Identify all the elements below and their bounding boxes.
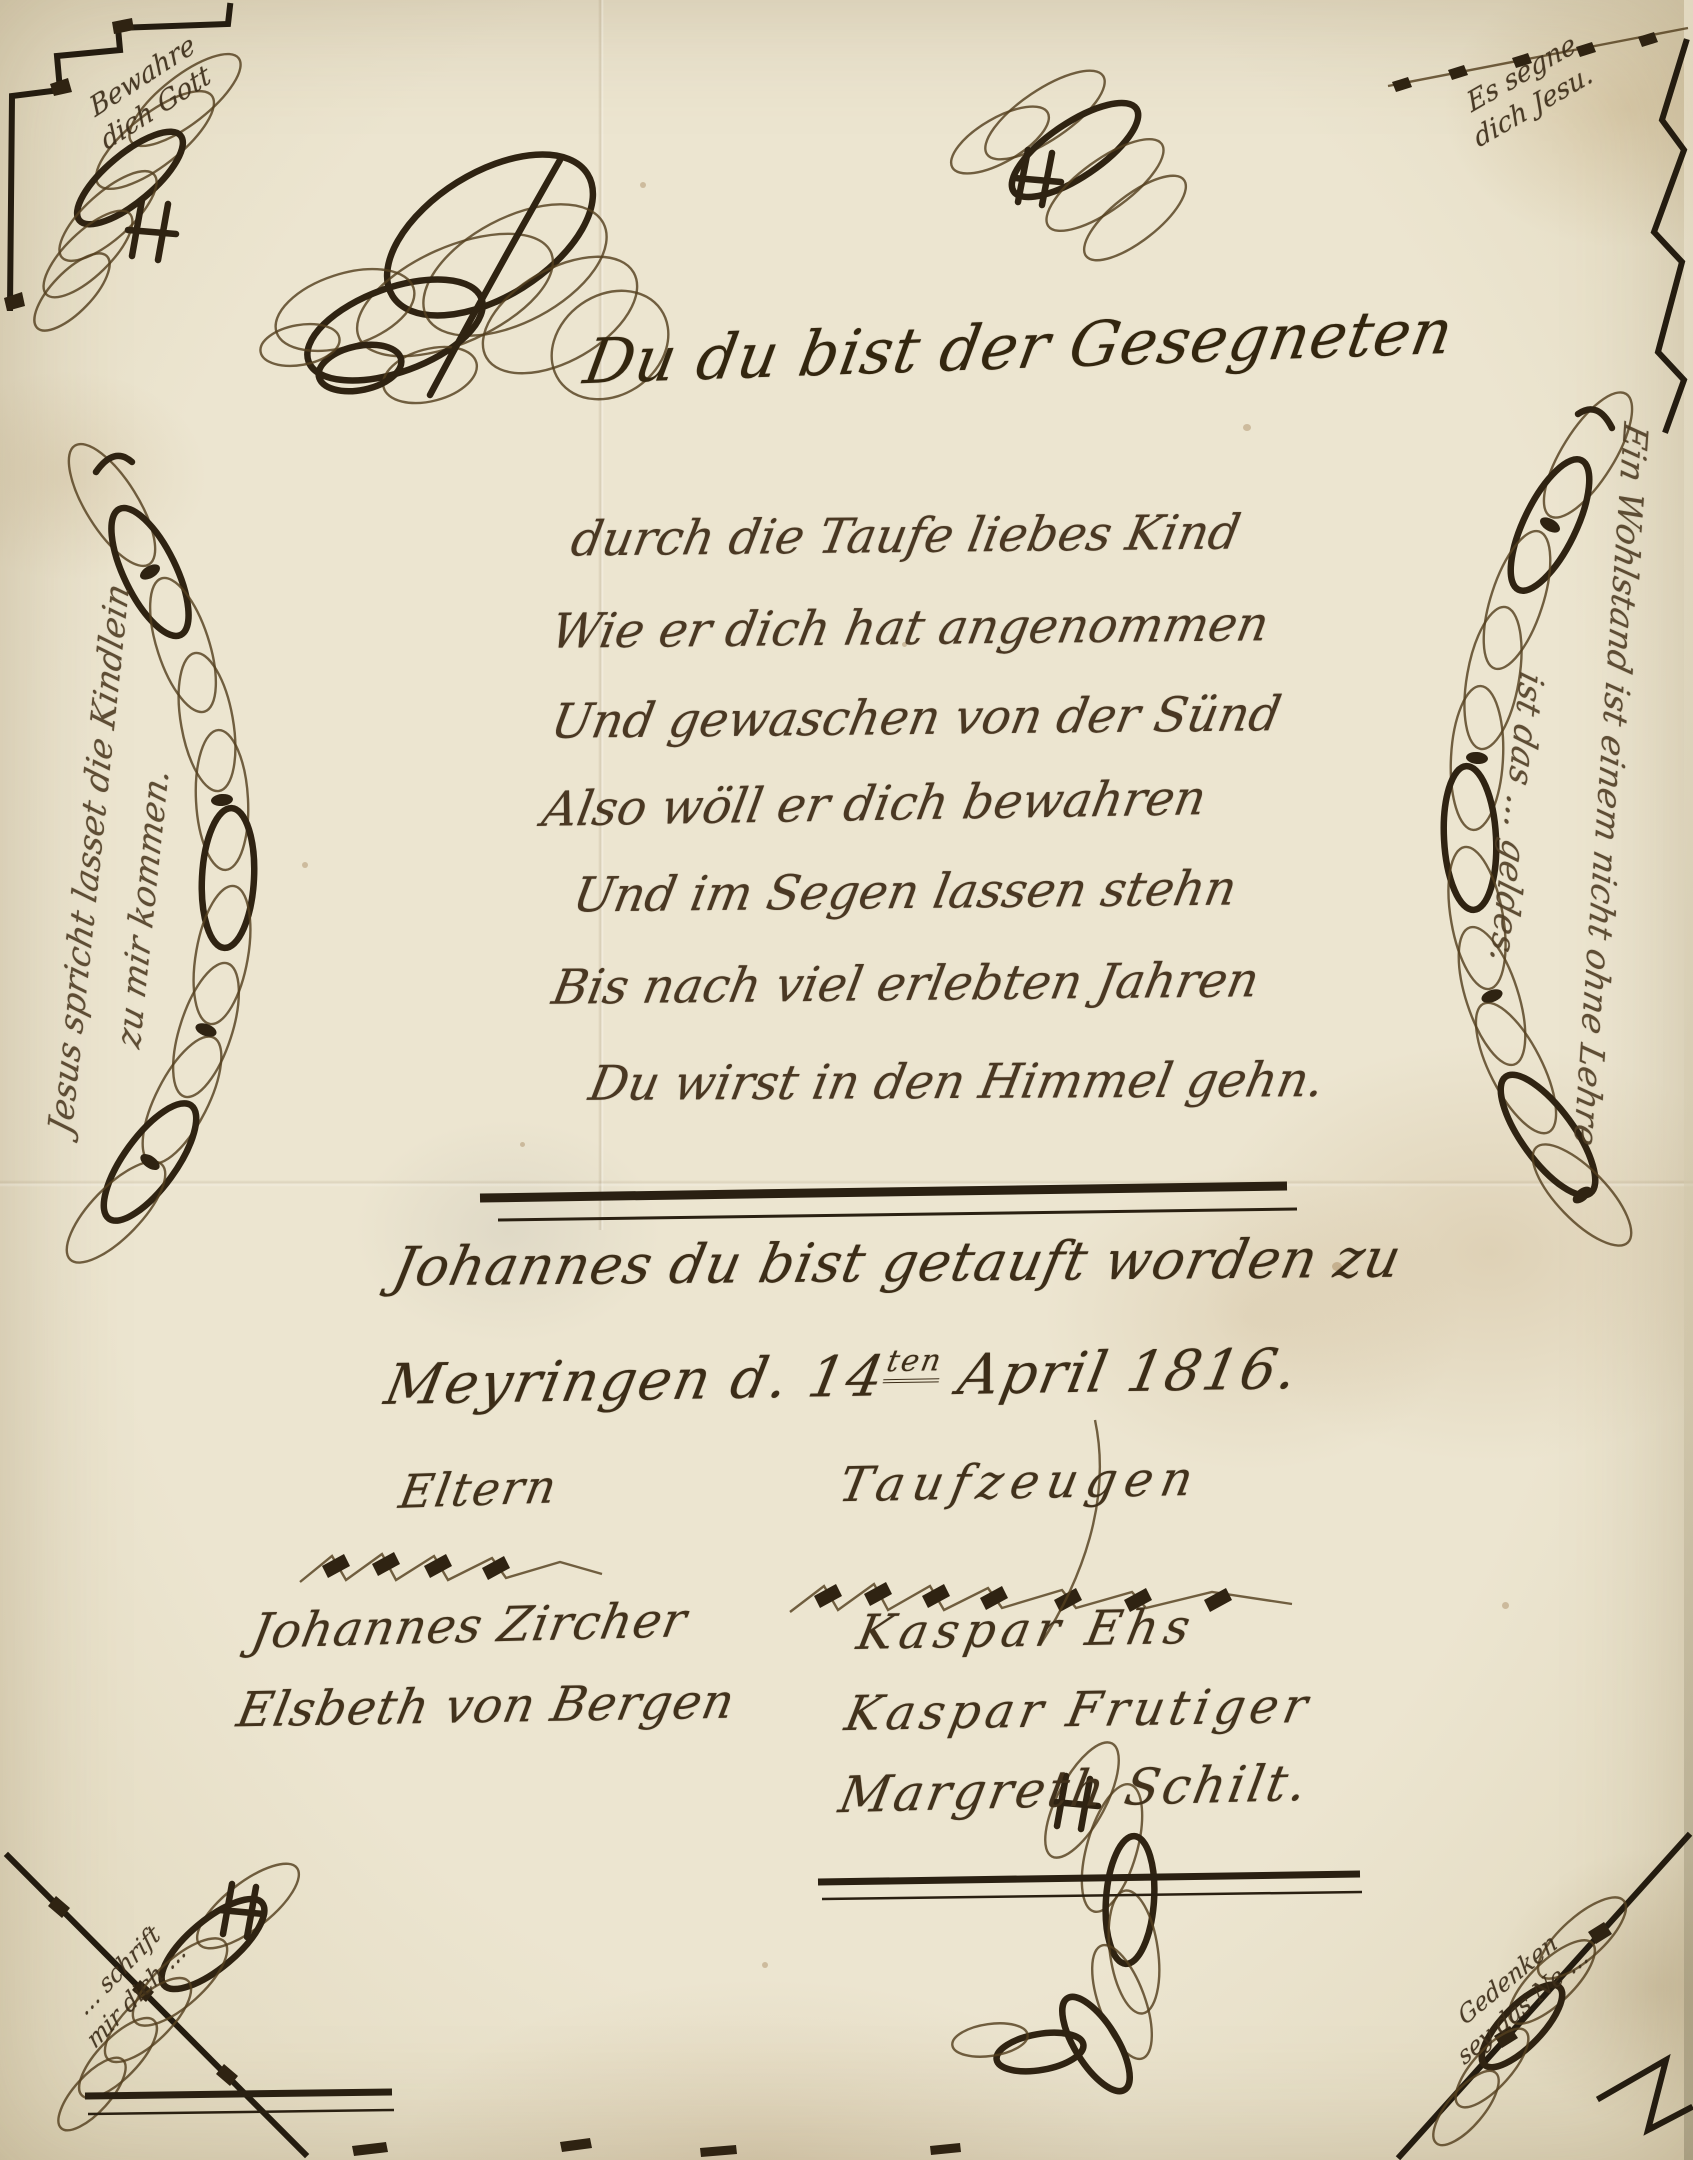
verse-line-3: Und gewaschen von der Sünd — [548, 690, 1285, 746]
parent-name-2: Elsbeth von Bergen — [233, 1678, 739, 1735]
verse-line-7: Du wirst in den Himmel gehn. — [585, 1056, 1328, 1108]
date-ordinal-superscript: ten — [883, 1343, 946, 1383]
witness-name-3: Margreth Schilt. — [835, 1758, 1313, 1821]
baptism-place-date: Meyringen d. 14 — [380, 1344, 891, 1418]
witness-name-2: Kaspar Frutiger — [841, 1682, 1316, 1738]
baptism-month-year: April 1816. — [933, 1337, 1304, 1408]
rule-after-verse — [480, 1186, 1297, 1220]
witnesses-header: Taufzeugen — [835, 1455, 1205, 1509]
verse-line-5: Und im Segen lassen stehn — [570, 864, 1241, 919]
rule-bottom-right — [818, 1874, 1362, 1899]
verse-line-1: durch die Taufe liebes Kind — [568, 508, 1244, 563]
rule-bottom-left — [85, 2092, 394, 2114]
zigzag-underline-parents — [300, 1552, 602, 1582]
baptism-statement-line-2: Meyringen d. 14ten April 1816. — [380, 1340, 1304, 1414]
taufschein-document: Du du bist der Gesegneten durch die Tauf… — [0, 0, 1693, 2160]
verse-line-6: Bis nach viel erlebten Jahren — [549, 956, 1263, 1011]
verse-line-2: Wie er dich hat angenommen — [548, 600, 1273, 656]
baptism-statement-line-1: Johannes du bist getauft worden zu — [389, 1232, 1407, 1295]
verse-line-4: Also wöll er dich bewahren — [539, 774, 1210, 834]
witness-name-1: Kaspar Ehs — [853, 1603, 1200, 1657]
flourish-top-right — [941, 55, 1198, 274]
parent-name-1: Johannes Zircher — [248, 1596, 691, 1656]
parents-header: Eltern — [396, 1463, 562, 1515]
